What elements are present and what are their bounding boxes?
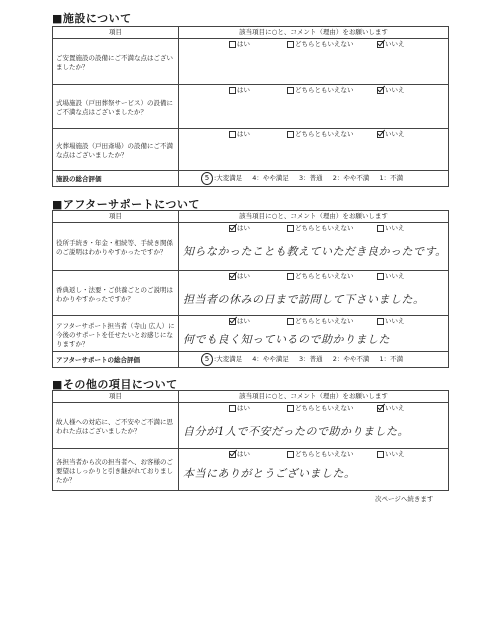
checkbox-checked-icon[interactable] (377, 87, 384, 94)
question-text: 役所手続き・年金・相続等、手続き関係のご説明はわかりやすかったですか？ (53, 223, 179, 271)
rating-selected-circle[interactable]: 5 (201, 172, 213, 185)
checkbox-icon[interactable] (229, 87, 236, 94)
column-header-instruction: 該当項目に○と、コメント（理由）をお願いします (179, 211, 449, 223)
column-header-item: 項目 (53, 391, 179, 403)
handwritten-comment[interactable]: 自分が1人で不安だったので助かりました。 (179, 423, 448, 439)
option-neutral[interactable]: どちらともいえない (287, 85, 377, 95)
checkbox-checked-icon[interactable] (377, 131, 384, 138)
checkbox-checked-icon[interactable] (377, 41, 384, 48)
checkbox-icon[interactable] (377, 451, 384, 458)
answer-cell: はい どちらともいえない いいえ 何でも良く知っているので助かりました (179, 316, 449, 352)
checkbox-checked-icon[interactable] (229, 225, 236, 232)
option-yes[interactable]: はい (229, 129, 287, 139)
option-yes[interactable]: はい (229, 403, 287, 413)
checkbox-icon[interactable] (287, 41, 294, 48)
table-row: 火葬場施設（戸田斎場）の設備にご不満な点はございましたか？ はい どちらともいえ… (53, 129, 449, 171)
checkbox-icon[interactable] (229, 405, 236, 412)
checkbox-icon[interactable] (287, 225, 294, 232)
option-neutral[interactable]: どちらともいえない (287, 271, 377, 281)
answer-options: はい どちらともいえない いいえ (179, 316, 448, 326)
rating-option[interactable]: 2 (333, 355, 337, 363)
option-neutral[interactable]: どちらともいえない (287, 39, 377, 49)
option-neutral[interactable]: どちらともいえない (287, 449, 377, 459)
checkbox-icon[interactable] (287, 273, 294, 280)
option-neutral[interactable]: どちらともいえない (287, 316, 377, 326)
option-neutral[interactable]: どちらともいえない (287, 403, 377, 413)
answer-cell: はい どちらともいえない いいえ (179, 85, 449, 129)
checkbox-icon[interactable] (287, 451, 294, 458)
checkbox-icon[interactable] (287, 318, 294, 325)
answer-cell: はい どちらともいえない いいえ (179, 129, 449, 171)
facilities-table: 項目 該当項目に○と、コメント（理由）をお願いします ご安置施設の設備にご不満な… (52, 26, 449, 187)
question-text: 香典返し・法要・ご供養ごとのご説明はわかりやすかったですか？ (53, 271, 179, 316)
option-yes[interactable]: はい (229, 316, 287, 326)
answer-options: はい どちらともいえない いいえ (179, 85, 448, 95)
question-text: ご安置施設の設備にご不満な点はございましたか？ (53, 39, 179, 85)
continued-next-page-note: 次ページへ続きます (375, 494, 433, 503)
rating-option[interactable]: 2 (333, 174, 337, 182)
handwritten-comment[interactable]: 知らなかったことも教えていただき良かったです。 (179, 243, 448, 259)
option-no[interactable]: いいえ (377, 223, 405, 233)
option-no[interactable]: いいえ (377, 403, 405, 413)
answer-cell: はい どちらともいえない いいえ 知らなかったことも教えていただき良かったです。 (179, 223, 449, 271)
column-header-instruction: 該当項目に○と、コメント（理由）をお願いします (179, 391, 449, 403)
option-no[interactable]: いいえ (377, 129, 405, 139)
option-yes[interactable]: はい (229, 449, 287, 459)
checkbox-icon[interactable] (377, 318, 384, 325)
checkbox-icon[interactable] (377, 273, 384, 280)
answer-cell: はい どちらともいえない いいえ (179, 39, 449, 85)
section-title-facilities: ■施設について (52, 10, 132, 26)
checkbox-icon[interactable] (287, 131, 294, 138)
rating-option[interactable]: 4 (252, 355, 256, 363)
rating-option[interactable]: 4 (252, 174, 256, 182)
answer-options: はい どちらともいえない いいえ (179, 271, 448, 281)
after-support-table: 項目 該当項目に○と、コメント（理由）をお願いします 役所手続き・年金・相続等、… (52, 210, 449, 368)
rating-label: アフターサポートの総合評価 (53, 352, 179, 368)
table-row: ご安置施設の設備にご不満な点はございましたか？ はい どちらともいえない いいえ (53, 39, 449, 85)
column-header-instruction: 該当項目に○と、コメント（理由）をお願いします (179, 27, 449, 39)
rating-option[interactable]: 3 (299, 174, 303, 182)
rating-row: アフターサポートの総合評価 5:大変満足 4：やや満足 3：普通 2：やや不満 … (53, 352, 449, 368)
handwritten-comment[interactable]: 本当にありがとうございました。 (179, 465, 448, 481)
column-header-item: 項目 (53, 211, 179, 223)
rating-option[interactable]: 1 (379, 355, 383, 363)
checkbox-icon[interactable] (287, 87, 294, 94)
option-no[interactable]: いいえ (377, 316, 405, 326)
rating-option[interactable]: 1 (379, 174, 383, 182)
answer-options: はい どちらともいえない いいえ (179, 39, 448, 49)
checkbox-icon[interactable] (229, 41, 236, 48)
rating-selected-circle[interactable]: 5 (201, 353, 213, 366)
answer-options: はい どちらともいえない いいえ (179, 403, 448, 413)
option-no[interactable]: いいえ (377, 85, 405, 95)
option-neutral[interactable]: どちらともいえない (287, 223, 377, 233)
checkbox-checked-icon[interactable] (229, 451, 236, 458)
question-text: 火葬場施設（戸田斎場）の設備にご不満な点はございましたか？ (53, 129, 179, 171)
table-row: 各担当者から次の担当者へ、お客様のご要望はしっかりと引き継がれておりましたか？ … (53, 449, 449, 491)
rating-row: 施設の総合評価 5:大変満足 4：やや満足 3：普通 2：やや不満 1：不満 (53, 171, 449, 187)
answer-cell: はい どちらともいえない いいえ 担当者の休みの日まで訪問して下さいました。 (179, 271, 449, 316)
rating-label: 施設の総合評価 (53, 171, 179, 187)
table-row: 香典返し・法要・ご供養ごとのご説明はわかりやすかったですか？ はい どちらともい… (53, 271, 449, 316)
answer-cell: はい どちらともいえない いいえ 自分が1人で不安だったので助かりました。 (179, 403, 449, 449)
checkbox-checked-icon[interactable] (377, 405, 384, 412)
checkbox-icon[interactable] (377, 225, 384, 232)
table-row: 式場施設（戸田葬祭サービス）の設備にご不満な点はございましたか？ はい どちらと… (53, 85, 449, 129)
column-header-item: 項目 (53, 27, 179, 39)
rating-scale: 5:大変満足 4：やや満足 3：普通 2：やや不満 1：不満 (179, 352, 449, 368)
rating-scale: 5:大変満足 4：やや満足 3：普通 2：やや不満 1：不満 (179, 171, 449, 187)
option-yes[interactable]: はい (229, 39, 287, 49)
rating-option[interactable]: 3 (299, 355, 303, 363)
option-no[interactable]: いいえ (377, 271, 405, 281)
option-yes[interactable]: はい (229, 223, 287, 233)
answer-options: はい どちらともいえない いいえ (179, 449, 448, 459)
question-text: 各担当者から次の担当者へ、お客様のご要望はしっかりと引き継がれておりましたか？ (53, 449, 179, 491)
option-yes[interactable]: はい (229, 271, 287, 281)
option-no[interactable]: いいえ (377, 39, 405, 49)
table-row: 故人様への対応に、ご不安やご不満に思われた点はございましたか？ はい どちらとも… (53, 403, 449, 449)
question-text: 故人様への対応に、ご不安やご不満に思われた点はございましたか？ (53, 403, 179, 449)
table-row: 役所手続き・年金・相続等、手続き関係のご説明はわかりやすかったですか？ はい ど… (53, 223, 449, 271)
checkbox-icon[interactable] (229, 131, 236, 138)
option-yes[interactable]: はい (229, 85, 287, 95)
checkbox-checked-icon[interactable] (229, 318, 236, 325)
checkbox-checked-icon[interactable] (229, 273, 236, 280)
handwritten-comment[interactable]: 何でも良く知っているので助かりました (179, 331, 448, 347)
option-neutral[interactable]: どちらともいえない (287, 129, 377, 139)
handwritten-comment[interactable]: 担当者の休みの日まで訪問して下さいました。 (179, 291, 448, 307)
answer-options: はい どちらともいえない いいえ (179, 223, 448, 233)
answer-cell: はい どちらともいえない いいえ 本当にありがとうございました。 (179, 449, 449, 491)
question-text: アフターサポート担当者（寺山 広人）に今後のサポートを任せたいとお感じになります… (53, 316, 179, 352)
table-row: アフターサポート担当者（寺山 広人）に今後のサポートを任せたいとお感じになります… (53, 316, 449, 352)
option-no[interactable]: いいえ (377, 449, 405, 459)
answer-options: はい どちらともいえない いいえ (179, 129, 448, 139)
question-text: 式場施設（戸田葬祭サービス）の設備にご不満な点はございましたか？ (53, 85, 179, 129)
other-items-table: 項目 該当項目に○と、コメント（理由）をお願いします 故人様への対応に、ご不安や… (52, 390, 449, 491)
checkbox-icon[interactable] (287, 405, 294, 412)
